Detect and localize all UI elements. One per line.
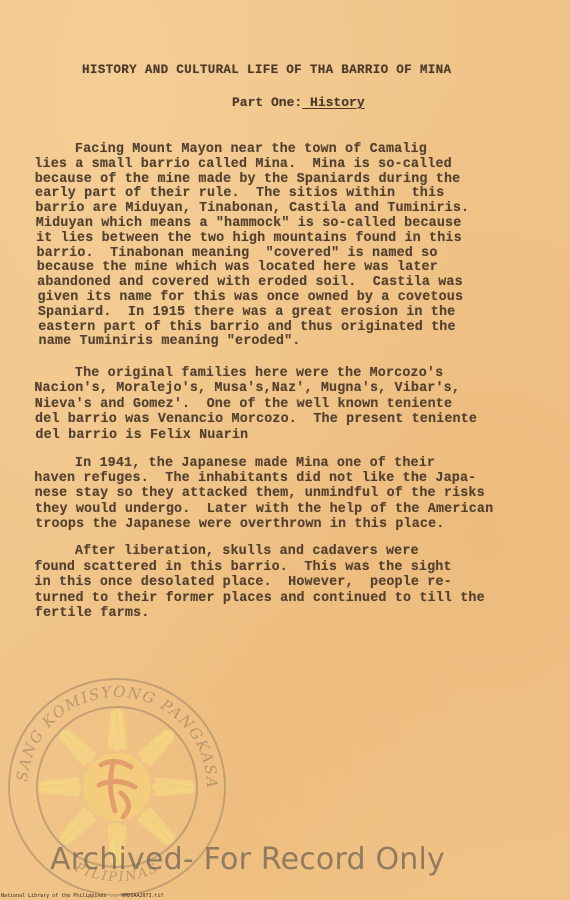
body-line: lies a small barrio called Mina. Mina is… (34, 157, 451, 172)
body-line: barrio are Miduyan, Tinabonan, Castila a… (35, 201, 469, 216)
body-line: After liberation, skulls and cadavers we… (34, 544, 419, 559)
body-line: Miduyan which means a "hammock" is so-ca… (36, 216, 462, 231)
body-line: in this once desolated place. However, p… (34, 575, 451, 590)
body-line: eastern part of this barrio and thus ori… (38, 320, 455, 335)
body-line: they would undergo. Later with the help … (35, 502, 493, 517)
body-line: del barrio is Felix Nuarin (35, 428, 248, 443)
body-line: fertile farms. (35, 606, 150, 621)
document-page: HISTORY AND CULTURAL LIFE OF THA BARRIO … (0, 0, 570, 900)
document-title: HISTORY AND CULTURAL LIFE OF THA BARRIO … (82, 63, 451, 77)
body-line: nese stay so they attacked them, unmindf… (35, 486, 485, 501)
body-line: haven refuges. The inhabitants did not l… (34, 471, 476, 486)
subtitle-prefix: Part One: (232, 95, 302, 110)
archive-watermark: Archived- For Record Only (50, 842, 445, 877)
body-line: given its name for this was once owned b… (38, 290, 464, 305)
body-line: In 1941, the Japanese made Mina one of t… (34, 456, 435, 471)
body-line: del barrio was Venancio Morcozo. The pre… (35, 412, 477, 427)
subtitle-underlined: History (302, 95, 364, 110)
body-line: turned to their former places and contin… (35, 591, 485, 606)
body-line: it lies between the two high mountains f… (36, 231, 462, 246)
document-subtitle: Part One: History (232, 95, 365, 110)
body-line: because of the mine made by the Spaniard… (35, 172, 461, 187)
body-line: Nacion's, Moralejo's, Musa's,Naz', Mugna… (34, 381, 460, 396)
body-line: abandoned and covered with eroded soil. … (37, 275, 463, 290)
body-line: troops the Japanese were overthrown in t… (35, 517, 444, 532)
scan-footer: National Library of the Philippines ... … (1, 893, 164, 899)
body-line: The original families here were the Morc… (34, 366, 443, 381)
body-line: Spaniard. In 1915 there was a great eros… (38, 305, 455, 320)
body-line: because the mine which was located here … (37, 260, 438, 275)
body-line: name Tuminiris meaning "eroded". (39, 334, 301, 349)
body-line: Nieva's and Gomez'. One of the well know… (35, 397, 452, 412)
body-line: found scattered in this barrio. This was… (34, 560, 451, 575)
body-line: barrio. Tinabonan meaning "covered" is n… (36, 246, 437, 261)
body-line: Facing Mount Mayon near the town of Cama… (34, 142, 427, 157)
body-line: early part of their rule. The sitios wit… (35, 186, 444, 201)
